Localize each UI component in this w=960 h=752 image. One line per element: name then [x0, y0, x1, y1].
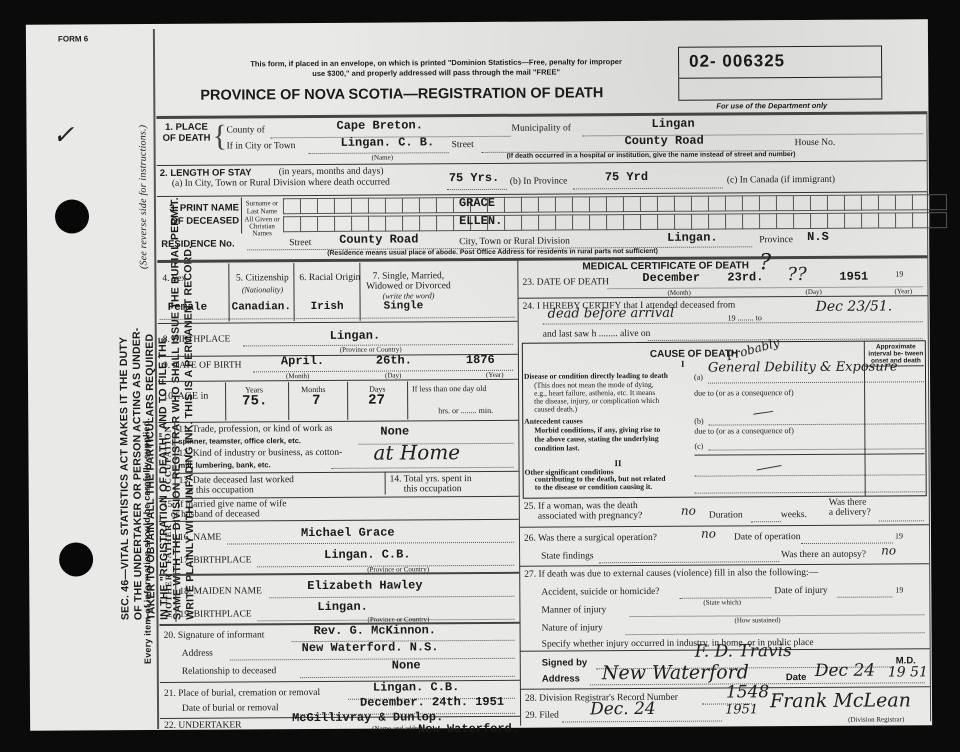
delivery-label-2: a delivery? — [829, 508, 871, 518]
stay-city-value: 75 Yrs. — [449, 171, 500, 185]
burial-place-value: Lingan. C.B. — [373, 680, 460, 695]
municipality-value: Lingan — [651, 117, 694, 131]
burial-place-label: 21. Place of burial, cremation or remova… — [164, 688, 320, 699]
citizenship-hint: (Nationality) — [232, 284, 292, 295]
total-years-hint: this occupation — [390, 484, 472, 495]
day-hint: (Day) — [805, 288, 821, 296]
last-worked-hint: at this occupation — [179, 485, 294, 496]
residence-city-label: City, Town or Rural Division — [459, 236, 570, 247]
house-no-label: House No. — [795, 138, 836, 148]
residence-street-label: Street — [289, 238, 311, 248]
trade-label-block: 11. Trade, profession, or kind of work a… — [178, 424, 332, 447]
stay-province-label: (b) In Province — [510, 176, 568, 186]
surname-value: GRACE — [459, 196, 495, 210]
operation-value: no — [701, 527, 716, 541]
physician-signature: F. D. Travis — [695, 641, 792, 662]
mother-birthplace-value: Lingan. — [317, 600, 368, 614]
divider — [160, 680, 520, 683]
total-years-label: 14. Total yrs. spent in — [390, 474, 472, 485]
month-hint: (Month) — [667, 289, 690, 297]
date-of-death-day: 23rd. — [727, 270, 763, 284]
given-names-label: All Given or Christian Names — [243, 216, 281, 237]
relationship-value: None — [392, 658, 421, 672]
birthplace-label: 8. BIRTHPLACE — [163, 335, 231, 345]
other-conditions-hint: contributing to the death, but not relat… — [535, 475, 667, 492]
year-hint: (Year) — [894, 287, 912, 295]
accident-hint: (State which) — [703, 598, 741, 606]
date-annotation: ?? — [787, 264, 806, 285]
burial-date-value: December. 24th. 1951 — [360, 695, 504, 710]
trade-hint: spinner, teamster, office clerk, etc. — [178, 435, 332, 447]
divider — [157, 160, 927, 166]
pregnancy-value: no — [681, 504, 696, 518]
length-of-stay-hint: (in years, months and days) — [279, 167, 384, 178]
stay-province-value: 75 Yrd — [605, 170, 648, 184]
relationship-label: Relationship to deceased — [182, 666, 277, 677]
last-saw-label: and last saw h ........ alive on — [543, 329, 651, 340]
residence-hint: (Residence means usual place of abode. P… — [327, 248, 658, 257]
age-days: 27 — [368, 393, 385, 409]
trade-label: 11. Trade, profession, or kind of work a… — [178, 424, 332, 436]
informant-address-label: Address — [182, 649, 213, 659]
page-title: PROVINCE OF NOVA SCOTIA—REGISTRATION OF … — [200, 85, 603, 103]
dob-month: April. — [281, 354, 324, 368]
department-note: For use of the Department only — [716, 101, 827, 111]
part-one-label: I — [681, 359, 685, 369]
informant-signature-value: Rev. G. McKinnon. — [314, 623, 437, 638]
signature-address-value: New Waterford — [602, 661, 749, 684]
place-of-death-label: 1. PLACE OF DEATH — [160, 123, 212, 144]
year-prefix: 19 — [895, 531, 903, 540]
delivery-label-1: Was there — [829, 498, 871, 508]
divider — [519, 563, 929, 567]
accident-label: Accident, suicide or homicide? — [541, 587, 659, 598]
city-label: If in City or Town — [227, 141, 296, 151]
registration-number: 02- 006325 — [689, 51, 785, 72]
findings-label: State findings — [541, 551, 594, 561]
column-divider — [517, 260, 521, 726]
divider — [157, 255, 927, 263]
street-value: County Road — [625, 134, 704, 148]
stay-canada-label: (c) In Canada (if immigrant) — [727, 175, 835, 186]
dob-label: 9. DATE OF BIRTH — [163, 360, 242, 370]
industry-label: 12. Kind of industry or business, as cot… — [178, 448, 342, 460]
residence-city-value: Lingan. — [667, 231, 718, 245]
date-of-death-month: December — [642, 271, 700, 285]
infant-units: hrs. or ........ min. — [438, 406, 493, 415]
autopsy-label: Was there an autopsy? — [781, 550, 866, 561]
undertaker-address: New Waterford. — [418, 722, 519, 737]
filed-date-value: Dec. 24 — [590, 699, 656, 719]
cause-a-value: General Debility & Exposure — [708, 359, 898, 375]
divider — [159, 496, 519, 499]
postal-notice: This form, if placed in an envelope, on … — [216, 57, 656, 80]
month-hint: (Month) — [286, 372, 309, 380]
dob-year: 1876 — [466, 353, 495, 367]
filed-year-value: 1951 — [725, 702, 758, 717]
stay-city-label: (a) In City, Town or Rural Division wher… — [172, 178, 390, 189]
residence-street-value: County Road — [339, 232, 418, 246]
side-instructions: (See reverse side for instructions.) — [136, 125, 150, 269]
divider — [158, 354, 518, 357]
given-names-grid — [283, 212, 947, 232]
county-value: Cape Breton. — [336, 118, 423, 133]
citizenship-label: 5. Citizenship — [232, 273, 292, 284]
industry-hint: mill, lumbering, bank, etc. — [179, 459, 343, 471]
citizenship-label-block: 5. Citizenship(Nationality) — [232, 273, 292, 295]
day-hint: (Day) — [385, 371, 401, 379]
municipality-label: Municipality of — [511, 123, 570, 133]
sex-label: 4. Sex — [162, 274, 186, 284]
weeks-label: weeks. — [781, 510, 807, 520]
year-prefix: 19 — [895, 269, 903, 278]
spouse-label-block: 15. If married give name of wifeor husba… — [163, 499, 287, 520]
operation-date-label: Date of operation — [734, 532, 801, 542]
industry-label-block: 12. Kind of industry or business, as cot… — [178, 448, 342, 471]
to-label: 19 ........ to — [728, 313, 762, 322]
year-hint: (Year) — [486, 371, 504, 379]
age-years: 75. — [242, 393, 267, 409]
injury-date-label: Date of injury — [774, 586, 827, 596]
spouse-hint: or husband of deceased — [163, 509, 287, 520]
residence-province-value: N.S — [807, 230, 829, 244]
informant-address-value: New Waterford. N.S. — [302, 640, 439, 655]
death-registration-form: FORM 6 ✓ SEC. 46—VITAL STATISTICS ACT MA… — [26, 19, 932, 730]
pregnancy-label-2: associated with pregnancy? — [524, 511, 643, 522]
marital-value: Single — [384, 300, 424, 312]
informant-signature-label: 20. Signature of informant — [164, 630, 265, 641]
checkmark-annotation: ✓ — [52, 120, 74, 150]
date-of-death-year: 1951 — [839, 270, 868, 284]
sex-value: Female — [168, 302, 208, 314]
operation-label: 26. Was there a surgical operation? — [524, 533, 657, 544]
undertaker-label: 22. UNDERTAKER — [164, 720, 241, 730]
age-months: 7 — [312, 393, 321, 409]
divider — [158, 379, 518, 382]
surname-grid — [283, 194, 947, 214]
name-section-label: 3. PRINT NAME OF DECEASED — [161, 201, 239, 227]
residence-label: RESIDENCE No. — [161, 238, 234, 249]
last-worked-label-block: 13. Date deceased last workedat this occ… — [179, 475, 294, 496]
burial-date-label: Date of burial or removal — [182, 703, 279, 714]
mother-side-label: MOTHER — [163, 573, 173, 618]
racial-origin-value: Irish — [311, 301, 344, 313]
father-name-value: Michael Grace — [301, 526, 395, 541]
manner-hint: (How sustained) — [734, 616, 780, 624]
length-of-stay-label: 2. LENGTH OF STAY — [160, 167, 252, 179]
registration-number-box: 02- 006325 — [678, 46, 882, 101]
due-to-label: due to (or as a consequence of) — [694, 388, 794, 398]
nature-label: Nature of injury — [542, 623, 603, 633]
dob-day: 26th. — [376, 353, 412, 367]
divider — [156, 111, 926, 119]
cause-b-label: (b) — [694, 417, 703, 426]
form-number: FORM 6 — [58, 34, 88, 43]
spouse-label: 15. If married give name of wife — [163, 499, 287, 510]
antecedent-hint: Morbid conditions, if any, giving rise t… — [534, 425, 666, 453]
racial-origin-label: 6. Racial Origin — [299, 273, 360, 283]
filed-label: 29. Filed — [525, 711, 559, 721]
cause-a-label: (a) — [694, 373, 703, 382]
divider — [159, 572, 519, 576]
record-number-value: 1548 — [726, 682, 769, 702]
surname-label: Surname or Last Name — [243, 199, 281, 215]
residence-province-label: Province — [759, 235, 793, 245]
signature-date-value: Dec 24 — [815, 661, 875, 681]
occupation-side-label: OCCUPATION — [162, 425, 172, 492]
infant-label: If less than one day old — [412, 384, 486, 393]
antecedent-label: Antecedent causes — [524, 416, 583, 425]
name-hint: (Name) — [372, 154, 393, 162]
side-supplied-note: Every item of information should be care… — [140, 418, 155, 664]
father-name-label: 16. NAME — [179, 533, 221, 543]
mother-birthplace-label: 19. BIRTHPLACE — [179, 609, 251, 619]
father-birthplace-label: 17. BIRTHPLACE — [179, 555, 251, 565]
delivery-label-block: Was therea delivery? — [829, 498, 871, 518]
given-names-value: ELLEN. — [459, 214, 502, 228]
industry-value: at Home — [373, 440, 460, 465]
mother-name-value: Elizabeth Hawley — [307, 578, 422, 593]
divider — [519, 524, 929, 528]
signature-year-value: 19 51 — [888, 664, 928, 680]
signature-date-label: Date — [786, 672, 807, 683]
pregnancy-label-block: 25. If a woman, was the deathassociated … — [524, 501, 643, 522]
trade-value: None — [380, 424, 409, 438]
county-label: County of — [226, 125, 264, 135]
divider — [158, 321, 518, 324]
marital-label-block: 7. Single, Married, Widowed or Divorced(… — [362, 271, 454, 302]
total-years-label-block: 14. Total yrs. spent inthis occupation — [390, 474, 472, 495]
last-worked-label: 13. Date deceased last worked — [179, 475, 294, 486]
signed-by-label: Signed by — [542, 657, 587, 668]
registrar-hint: (Division Registrar) — [848, 715, 904, 723]
citizenship-value: Canadian. — [232, 301, 291, 313]
autopsy-value: no — [881, 543, 896, 557]
cause-c-label: (c) — [694, 442, 703, 451]
external-causes-label: 27. If death was due to external causes … — [524, 568, 818, 580]
punch-hole-bottom — [59, 542, 93, 576]
due-to-label: due to (or as a consequence of) — [694, 426, 794, 436]
divider — [158, 420, 518, 423]
punch-hole-top — [55, 199, 89, 233]
street-label: Street — [452, 140, 474, 150]
marital-label: 7. Single, Married, Widowed or Divorced — [362, 271, 454, 292]
hospital-hint: (If death occurred in a hospital or inst… — [507, 151, 796, 160]
age-label: 10. AGE in — [163, 391, 208, 402]
signature-address-label: Address — [542, 673, 580, 684]
registrar-signature: Frank McLean — [770, 689, 911, 712]
date-of-death-label: 23. DATE OF DEATH — [522, 277, 609, 288]
certify-value: dead before arrival — [548, 306, 675, 322]
manner-label: Manner of injury — [541, 605, 606, 615]
part-two-label: II — [615, 458, 622, 468]
mother-name-label: 18. MAIDEN NAME — [179, 586, 262, 597]
certify-date: Dec 23/51. — [816, 298, 893, 314]
father-side-label: FATHER — [163, 524, 173, 564]
divider — [679, 77, 881, 79]
year-prefix: 19 — [895, 585, 903, 594]
birthplace-value: Lingan. — [330, 329, 381, 343]
direct-cause-hint: (This does not mean the mode of dying, e… — [534, 381, 666, 414]
father-birthplace-value: Lingan. C.B. — [324, 547, 411, 562]
duration-label: Duration — [709, 510, 743, 520]
city-value: Lingan. C. B. — [341, 135, 435, 150]
